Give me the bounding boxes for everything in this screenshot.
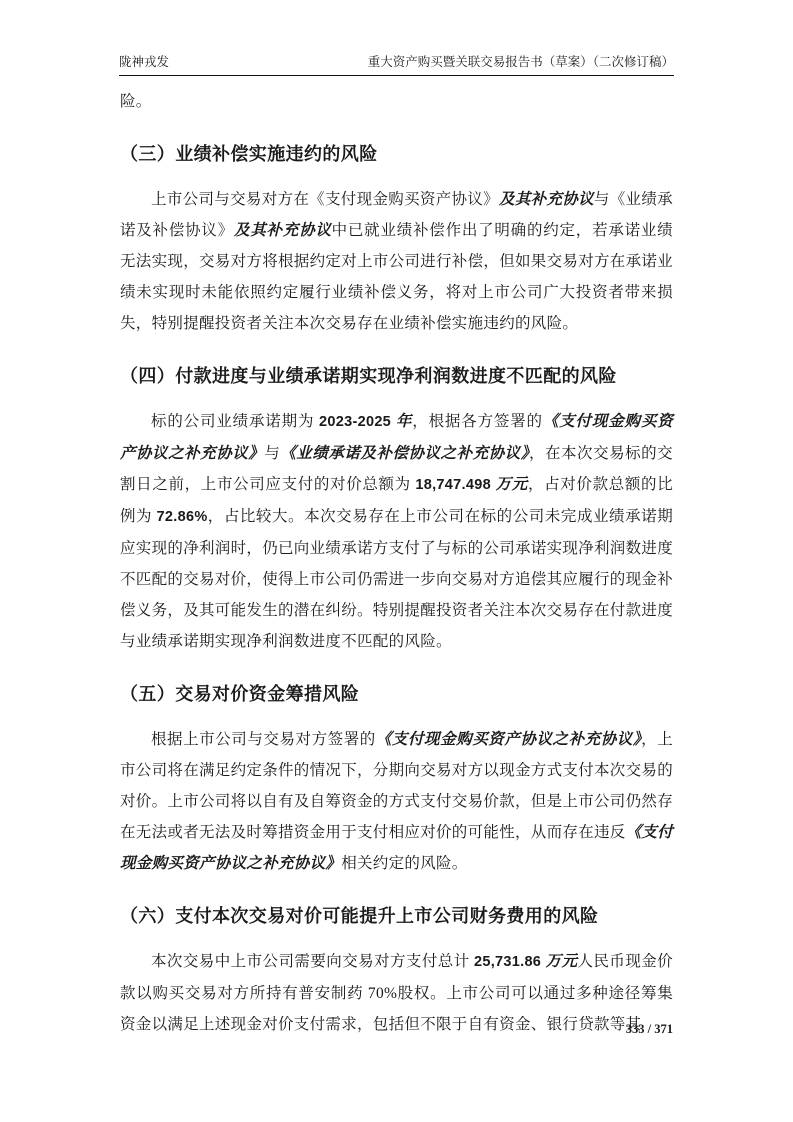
document-page: 陇神戎发 重大资产购买暨关联交易报告书（草案）（二次修订稿） 险。 （三）业绩补… [0,0,793,1122]
section-3-paragraph: 上市公司与交易对方在《支付现金购买资产协议》及其补充协议与《业绩承诺及补偿协议》… [120,184,673,339]
section-5-paragraph: 根据上市公司与交易对方签署的《支付现金购买资产协议之补充协议》，上市公司将在满足… [120,724,673,879]
section-4-heading: （四）付款进度与业绩承诺期实现净利润数进度不匹配的风险 [120,363,673,390]
document-body: 险。 （三）业绩补偿实施违约的风险 上市公司与交易对方在《支付现金购买资产协议》… [120,86,673,1046]
page-header: 陇神戎发 重大资产购买暨关联交易报告书（草案）（二次修订稿） [119,54,674,76]
section-3-heading: （三）业绩补偿实施违约的风险 [120,141,673,168]
continuation-paragraph: 险。 [120,86,673,117]
page-footer: 333 / 371 [120,1022,673,1037]
section-5: （五）交易对价资金筹措风险 根据上市公司与交易对方签署的《支付现金购买资产协议之… [120,681,673,879]
section-6-heading: （六）支付本次交易对价可能提升上市公司财务费用的风险 [120,903,673,930]
page-number: 333 / 371 [626,1022,673,1036]
section-3: （三）业绩补偿实施违约的风险 上市公司与交易对方在《支付现金购买资产协议》及其补… [120,141,673,339]
section-5-heading: （五）交易对价资金筹措风险 [120,681,673,708]
section-4: （四）付款进度与业绩承诺期实现净利润数进度不匹配的风险 标的公司业绩承诺期为 2… [120,363,673,657]
header-company-name: 陇神戎发 [119,54,169,71]
section-6: （六）支付本次交易对价可能提升上市公司财务费用的风险 本次交易中上市公司需要向交… [120,903,673,1040]
header-report-title: 重大资产购买暨关联交易报告书（草案）（二次修订稿） [368,54,674,71]
section-4-paragraph: 标的公司业绩承诺期为 2023-2025 年，根据各方签署的《支付现金购买资产协… [120,406,673,657]
